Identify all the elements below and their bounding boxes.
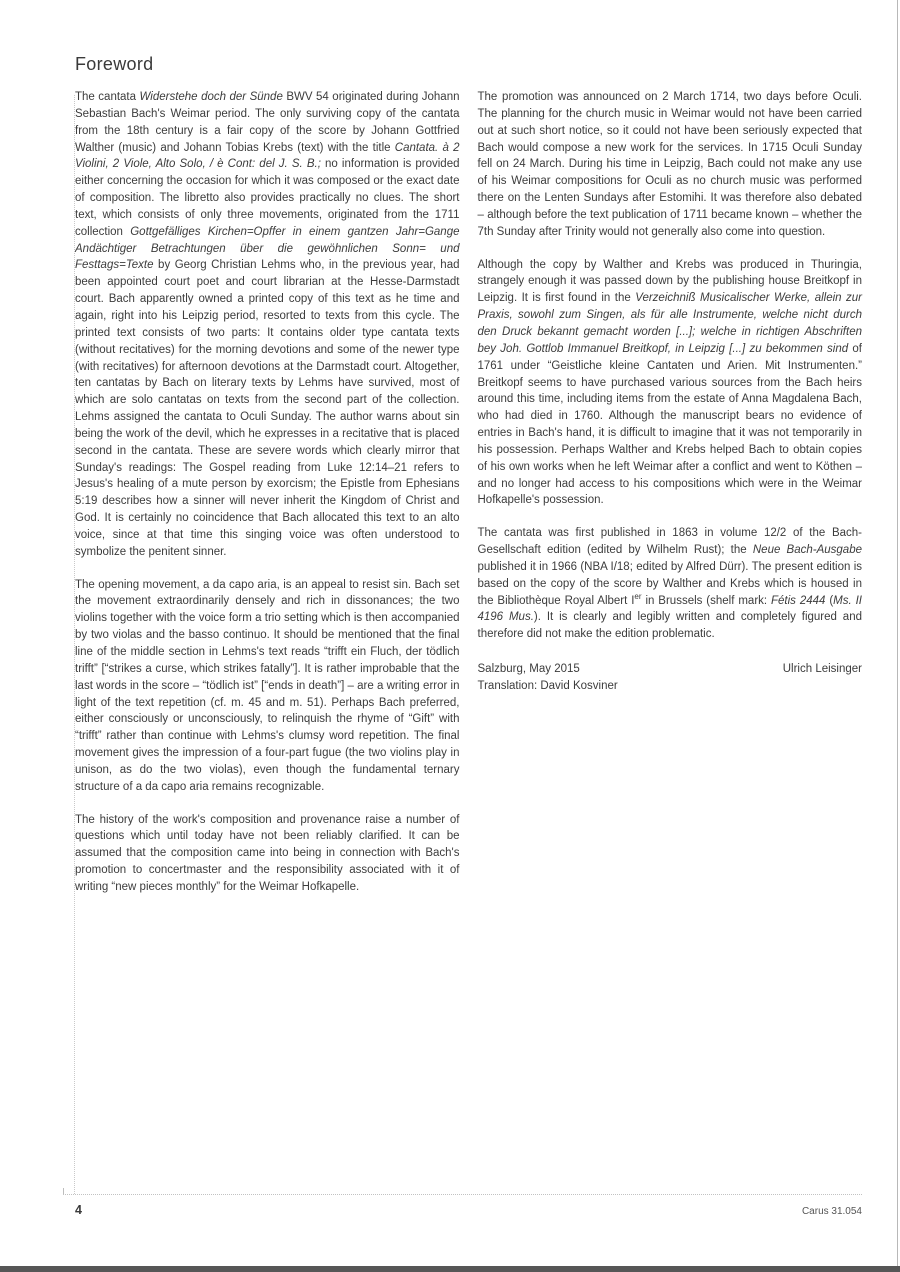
footer-catalog-number: Carus 31.054	[802, 1206, 862, 1217]
paragraph: Although the copy by Walther and Krebs w…	[478, 257, 863, 510]
signature-author: Ulrich Leisinger	[783, 661, 862, 678]
signature-translation: Translation: David Kosviner	[478, 678, 863, 695]
bottom-edge-bar	[0, 1266, 900, 1272]
footer-dotted-separator	[63, 1194, 862, 1195]
signature-block: Salzburg, May 2015 Ulrich Leisinger Tran…	[478, 661, 863, 695]
right-column: The promotion was announced on 2 March 1…	[478, 89, 863, 695]
signature-row: Salzburg, May 2015 Ulrich Leisinger	[478, 661, 863, 678]
left-margin-dotted-line	[74, 95, 75, 1194]
footer-page-number: 4	[75, 1203, 82, 1217]
two-column-layout: The cantata Widerstehe doch der Sünde BW…	[75, 89, 862, 896]
document-page: Foreword The cantata Widerstehe doch der…	[0, 0, 900, 1272]
left-column: The cantata Widerstehe doch der Sünde BW…	[75, 89, 460, 896]
page-content: Foreword The cantata Widerstehe doch der…	[75, 54, 862, 896]
right-scan-edge-line	[897, 0, 898, 1266]
paragraph: The opening movement, a da capo aria, is…	[75, 577, 460, 796]
signature-place-date: Salzburg, May 2015	[478, 661, 580, 678]
paragraph: The promotion was announced on 2 March 1…	[478, 89, 863, 241]
page-footer: 4 Carus 31.054	[75, 1203, 862, 1217]
paragraph: The cantata was first published in 1863 …	[478, 525, 863, 643]
paragraph: The cantata Widerstehe doch der Sünde BW…	[75, 89, 460, 561]
page-title: Foreword	[75, 54, 862, 75]
paragraph: The history of the work's composition an…	[75, 812, 460, 896]
